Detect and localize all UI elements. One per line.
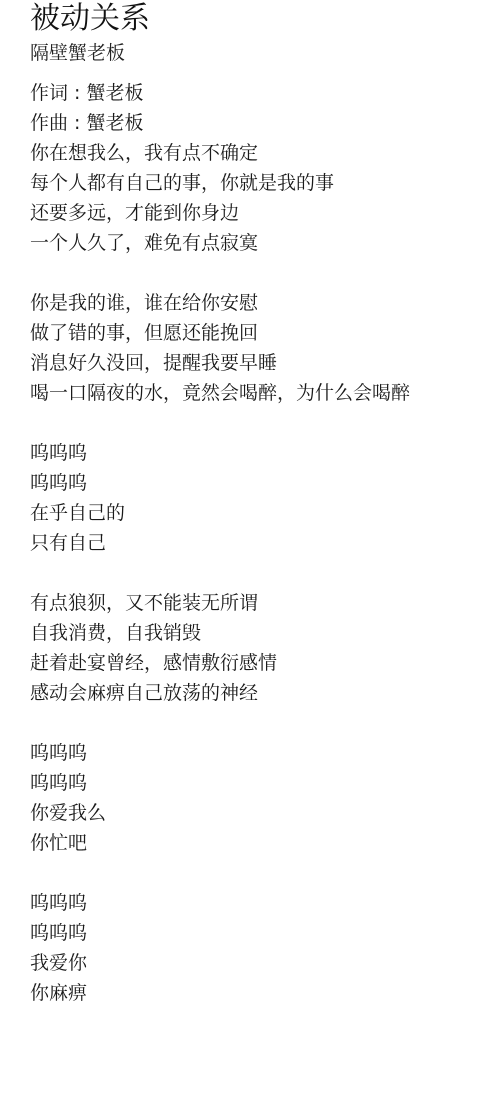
lyric-line: 还要多远，才能到你身边 xyxy=(30,198,410,228)
lyric-line: 你忙吧 xyxy=(30,828,410,858)
lyric-line: 呜呜呜 xyxy=(30,468,410,498)
lyric-line: 呜呜呜 xyxy=(30,768,410,798)
lyric-line: 有点狼狈，又不能装无所谓 xyxy=(30,588,410,618)
lyric-line: 做了错的事，但愿还能挽回 xyxy=(30,318,410,348)
lyric-line: 消息好久没回，提醒我要早睡 xyxy=(30,348,410,378)
lyric-line: 赶着赴宴曾经，感情敷衍感情 xyxy=(30,648,410,678)
lyric-line: 每个人都有自己的事，你就是我的事 xyxy=(30,168,410,198)
lyric-line: 在乎自己的 xyxy=(30,498,410,528)
lyric-line: 你麻痹 xyxy=(30,978,410,1008)
lyric-line: 你在想我么，我有点不确定 xyxy=(30,138,410,168)
stanza-break xyxy=(30,258,410,288)
lyric-line: 作词 : 蟹老板 xyxy=(30,78,410,108)
lyrics-body: 作词 : 蟹老板 作曲 : 蟹老板 你在想我么，我有点不确定 每个人都有自己的事… xyxy=(30,78,410,1008)
lyric-line: 喝一口隔夜的水，竟然会喝醉，为什么会喝醉 xyxy=(30,378,410,408)
song-title: 被动关系 xyxy=(30,0,410,38)
lyric-line: 你爱我么 xyxy=(30,798,410,828)
lyrics-page: 被动关系 隔壁蟹老板 作词 : 蟹老板 作曲 : 蟹老板 你在想我么，我有点不确… xyxy=(30,0,410,1008)
lyric-line: 呜呜呜 xyxy=(30,738,410,768)
lyric-line: 作曲 : 蟹老板 xyxy=(30,108,410,138)
artist-name: 隔壁蟹老板 xyxy=(30,38,410,68)
stanza-break xyxy=(30,408,410,438)
lyric-line: 呜呜呜 xyxy=(30,918,410,948)
stanza-break xyxy=(30,708,410,738)
lyric-line: 你是我的谁，谁在给你安慰 xyxy=(30,288,410,318)
lyric-line: 呜呜呜 xyxy=(30,888,410,918)
lyric-line: 呜呜呜 xyxy=(30,438,410,468)
lyric-line: 感动会麻痹自己放荡的神经 xyxy=(30,678,410,708)
lyric-line: 自我消费，自我销毁 xyxy=(30,618,410,648)
lyric-line: 只有自己 xyxy=(30,528,410,558)
lyric-line: 我爱你 xyxy=(30,948,410,978)
stanza-break xyxy=(30,558,410,588)
lyric-line: 一个人久了，难免有点寂寞 xyxy=(30,228,410,258)
stanza-break xyxy=(30,858,410,888)
